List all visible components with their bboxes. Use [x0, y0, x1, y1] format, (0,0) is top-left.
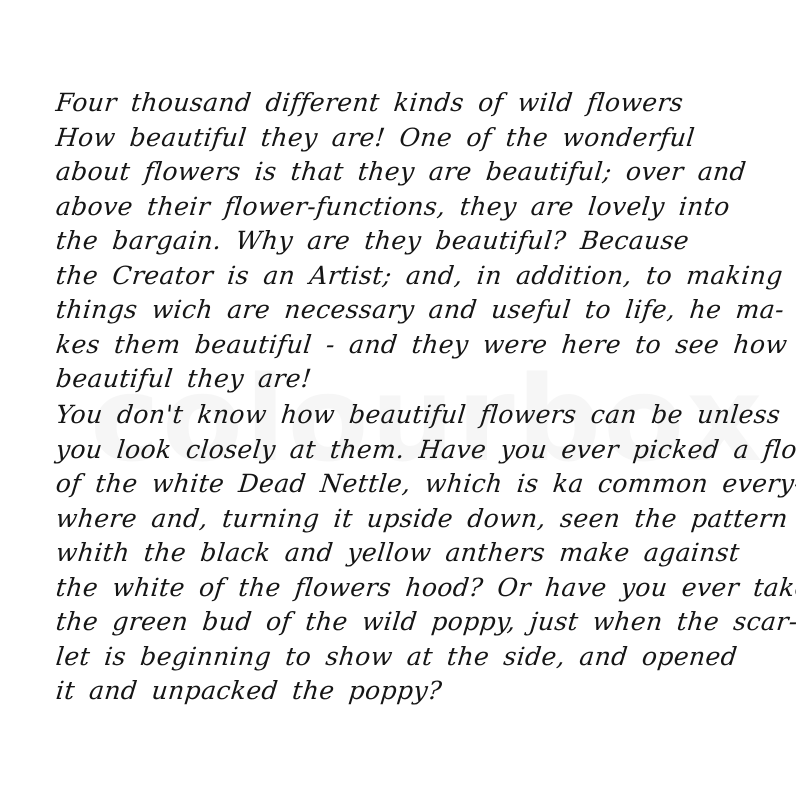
text-line: How beautiful they are! One of the wonde… — [54, 121, 778, 156]
paragraph-2: You don't know how beautiful flowers can… — [56, 398, 776, 709]
text-line: above their flower-functions, they are l… — [54, 190, 778, 225]
paragraph-1: Four thousand different kinds of wild fl… — [56, 86, 776, 397]
text-line: You don't know how beautiful flowers can… — [54, 398, 778, 433]
text-line: Four thousand different kinds of wild fl… — [54, 86, 778, 121]
document-page: colourbox Four thousand different kinds … — [0, 0, 796, 800]
text-line: of the white Dead Nettle, which is ka co… — [54, 467, 778, 502]
text-line: the Creator is an Artist; and, in additi… — [54, 259, 778, 294]
text-line: the white of the flowers hood? Or have y… — [54, 571, 778, 606]
text-line: let is beginning to show at the side, an… — [54, 640, 778, 675]
text-line: it and unpacked the poppy? — [54, 674, 778, 709]
text-line: beautiful they are! — [54, 362, 778, 397]
text-line: where and, turning it upside down, seen … — [54, 502, 778, 537]
text-line: things wich are necessary and useful to … — [54, 293, 778, 328]
text-line: you look closely at them. Have you ever … — [54, 433, 778, 468]
text-line: the bargain. Why are they beautiful? Bec… — [54, 224, 778, 259]
text-line: about flowers is that they are beautiful… — [54, 155, 778, 190]
text-line: whith the black and yellow anthers make … — [54, 536, 778, 571]
text-line: kes them beautiful - and they were here … — [54, 328, 778, 363]
text-line: the green bud of the wild poppy, just wh… — [54, 605, 778, 640]
